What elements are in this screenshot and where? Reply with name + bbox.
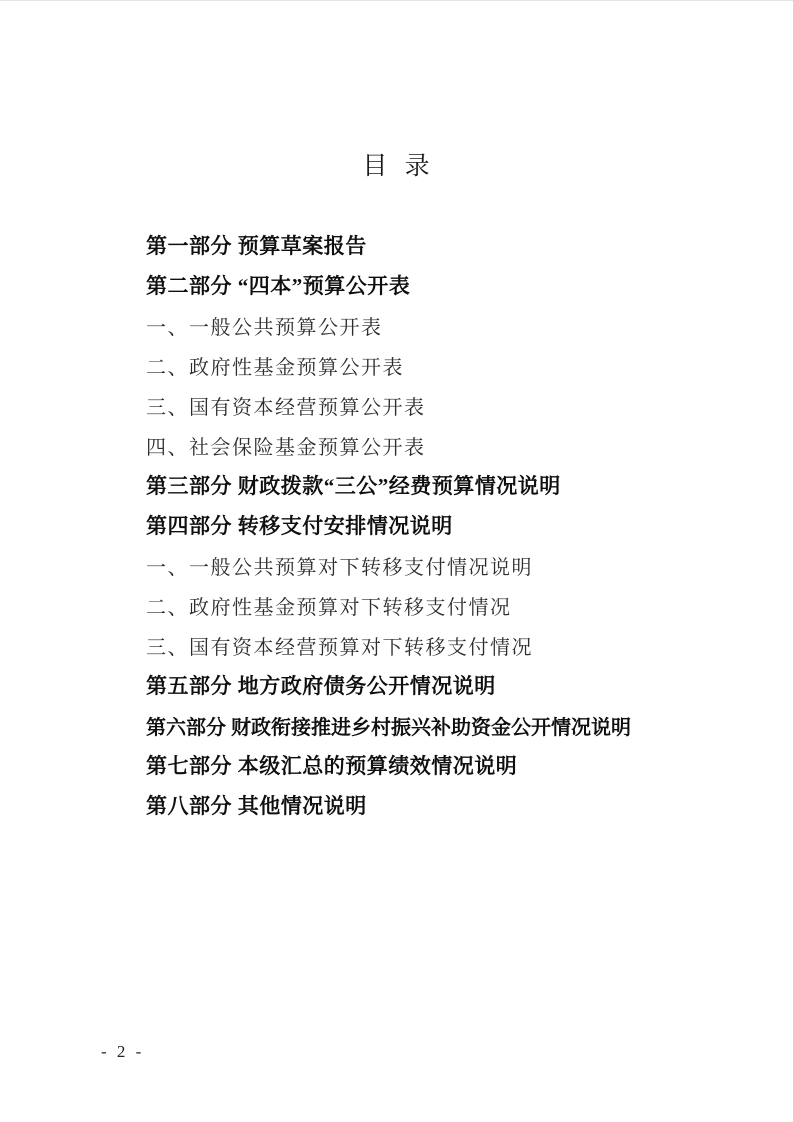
toc-item: 第三部分 财政拨款“三公”经费预算情况说明	[146, 465, 726, 505]
toc-item: 二、政府性基金预算对下转移支付情况	[146, 585, 726, 625]
toc-item: 第二部分 “四本”预算公开表	[146, 265, 726, 305]
toc-list: 第一部分 预算草案报告第二部分 “四本”预算公开表一、一般公共预算公开表二、政府…	[146, 225, 726, 825]
toc-item: 第七部分 本级汇总的预算绩效情况说明	[146, 745, 726, 785]
page-number: - 2 -	[101, 1042, 144, 1062]
toc-item: 一、一般公共预算公开表	[146, 305, 726, 345]
toc-item: 一、一般公共预算对下转移支付情况说明	[146, 545, 726, 585]
toc-item: 二、政府性基金预算公开表	[146, 345, 726, 385]
page-title: 目 录	[0, 146, 793, 182]
toc-item: 三、国有资本经营预算公开表	[146, 385, 726, 425]
document-page: 目 录 第一部分 预算草案报告第二部分 “四本”预算公开表一、一般公共预算公开表…	[0, 0, 793, 1122]
page-top-edge	[0, 0, 793, 1]
toc-item: 第五部分 地方政府债务公开情况说明	[146, 665, 726, 705]
toc-item: 第一部分 预算草案报告	[146, 225, 726, 265]
toc-item: 四、社会保险基金预算公开表	[146, 425, 726, 465]
toc-item: 第四部分 转移支付安排情况说明	[146, 505, 726, 545]
toc-item: 第六部分 财政衔接推进乡村振兴补助资金公开情况说明	[146, 705, 726, 745]
toc-item: 三、国有资本经营预算对下转移支付情况	[146, 625, 726, 665]
toc-item: 第八部分 其他情况说明	[146, 785, 726, 825]
